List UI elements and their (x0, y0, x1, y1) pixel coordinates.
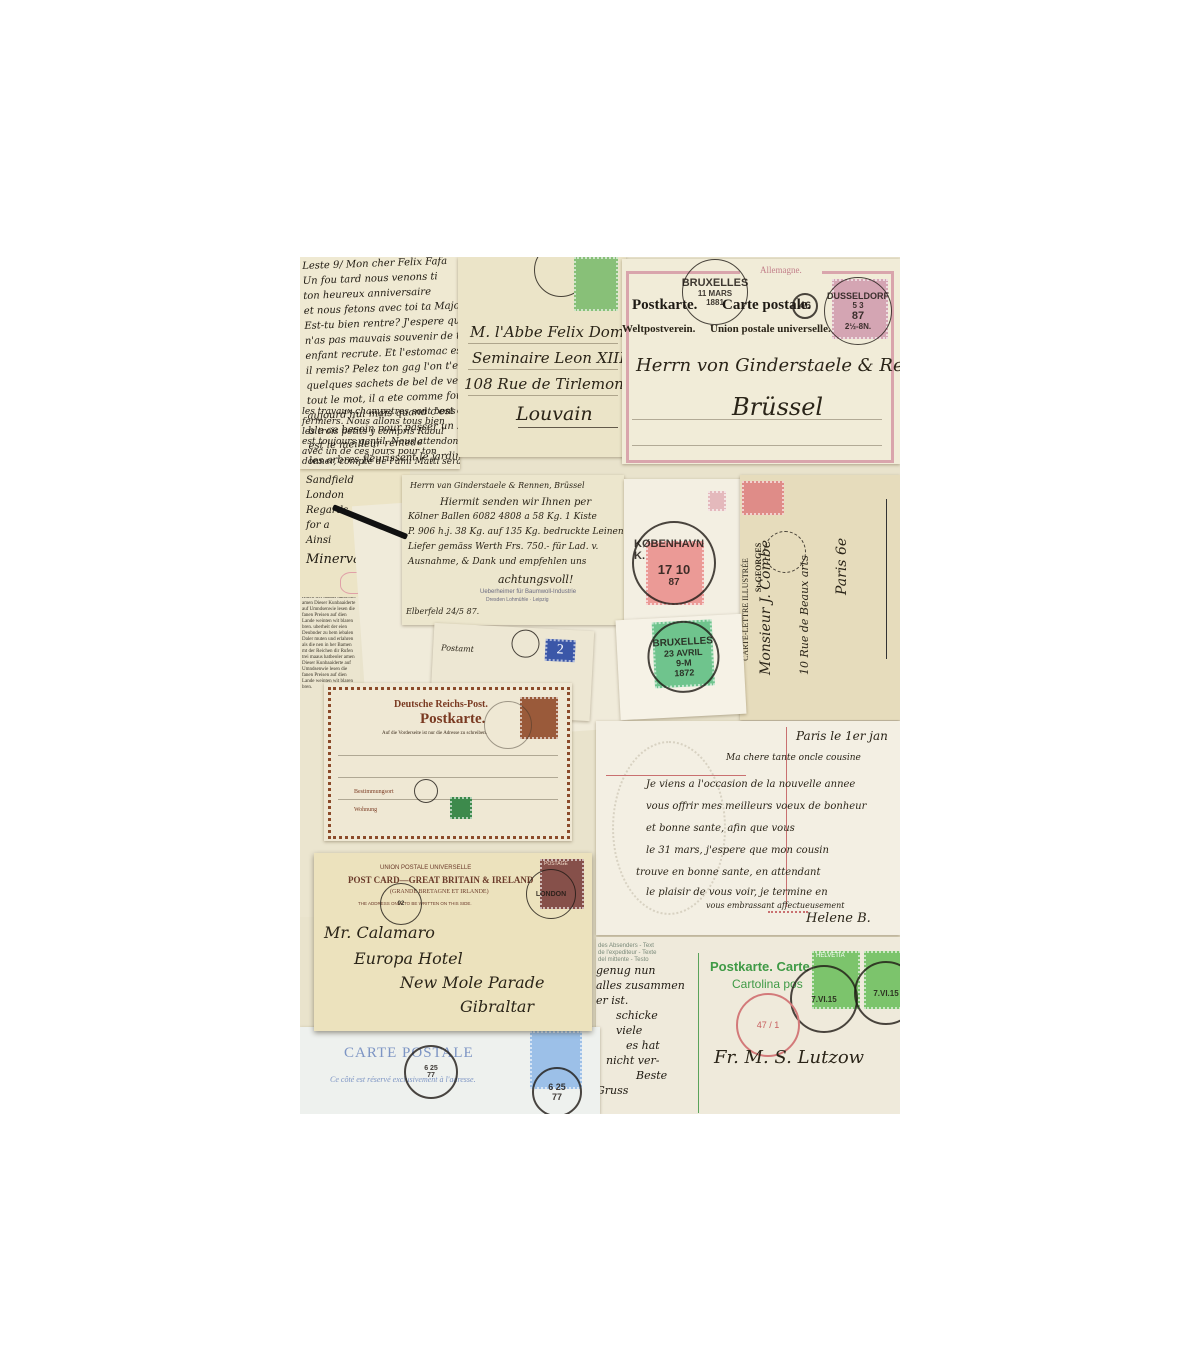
postmark-carte-2: 6 25 77 (532, 1067, 582, 1114)
blue-stamp: 2 (545, 639, 576, 663)
postmark-kobenhavn: KØBENHAVN K. 17 10 87 (632, 521, 716, 605)
ink-line (886, 499, 887, 659)
green-divider (698, 953, 699, 1113)
red-sunburst (768, 911, 808, 921)
postmark-small-gb: 92 (380, 883, 422, 925)
tab-label: Allemagne. (740, 265, 822, 275)
business-letter: Herrn van Ginderstaele & Rennen, Brüssel… (402, 475, 624, 625)
postmark-swiss-1: 7.VI.15 (790, 965, 858, 1033)
carte-postale: CARTE POSTALE Ce côté est réservé exclus… (300, 1027, 600, 1114)
postmark-dusseldorf: DUSSELDORF 5 3 87 2½-8N. (824, 277, 892, 345)
postmark-bruxelles: BRUXELLES 11 MARS 1881 (682, 259, 748, 325)
carte-lettre: CARTE-LETTRE ILLUSTRÉE St-GEORGES Monsie… (740, 475, 900, 720)
small-stamp (708, 491, 726, 511)
postmark-envelope (511, 629, 540, 658)
bruxelles-card: BRUXELLES 23 AVRIL 9-M 1872 (615, 614, 746, 720)
red-stamp (742, 481, 784, 515)
swiss-postcard: des Absenders - Text de l'expediteur - T… (596, 937, 900, 1114)
postmark-reichspost (484, 701, 532, 749)
letter-topleft: Leste 9/ Mon cher Felix Fafa Un fou tard… (300, 257, 460, 469)
postkarte-dusseldorf: Allemagne. Postkarte. Carte postale. Wel… (622, 259, 900, 464)
green-small-stamp (450, 797, 472, 819)
postmark-london: LONDON (526, 869, 576, 919)
postmark-carte-1: 6 25 77 (404, 1045, 458, 1099)
deutsche-reichspost-card: Deutsche Reichs-Post. Postkarte. Auf die… (324, 683, 572, 841)
gb-postcard: UNION POSTALE UNIVERSELLE POST CARD—GREA… (314, 853, 592, 1031)
address-card-louvain: M. l'Abbe Felix Dom Seminaire Leon XIII … (458, 257, 626, 457)
postmark-small (414, 779, 438, 803)
red-horizontal-line (606, 775, 746, 776)
circle-number: 46 (792, 293, 818, 319)
french-letter: Paris le 1er jan Ma chere tante oncle co… (596, 721, 900, 935)
green-stamp (574, 257, 618, 311)
postmark-swiss-2: 7.VI.15 (854, 961, 900, 1025)
postcard-collage: uberheit der eien Deubnder zu bem iebale… (300, 257, 900, 1114)
